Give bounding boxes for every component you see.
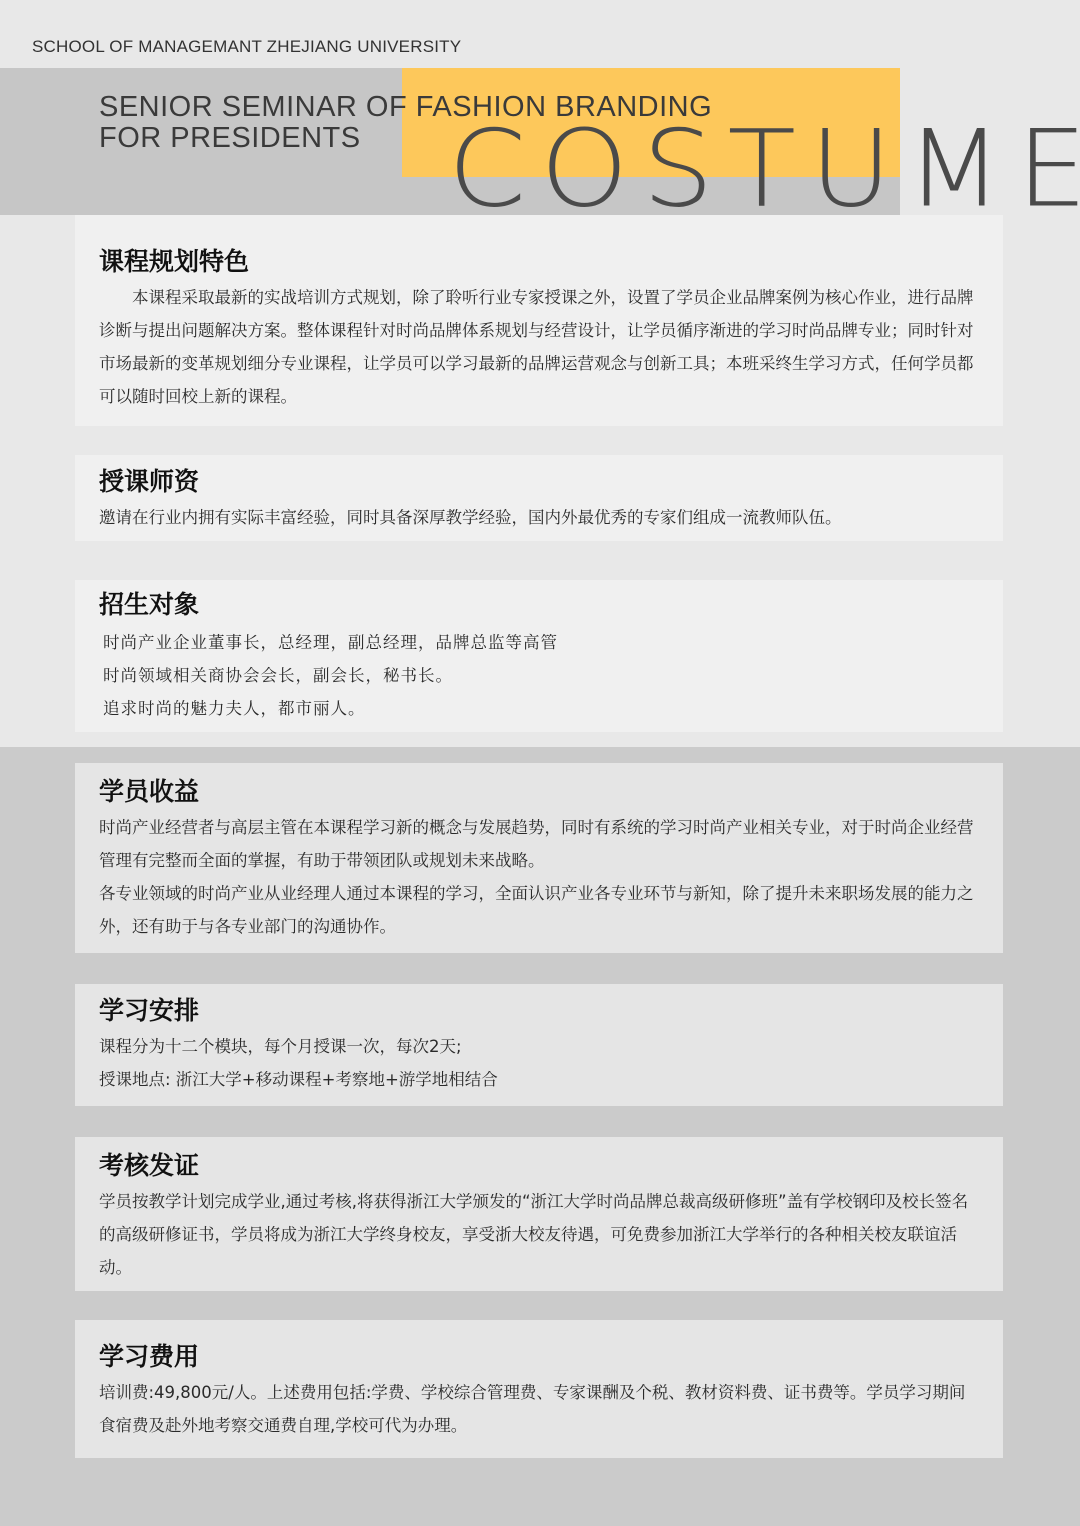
section-list-item: 时尚产业企业董事长，总经理，副总经理，品牌总监等高管 xyxy=(99,626,979,659)
costume-wordmark: COSTUME xyxy=(448,116,1080,222)
section-paragraph: 培训费:49,800元/人。上述费用包括:学费、学校综合管理费、专家课酬及个税、… xyxy=(99,1376,979,1442)
section-course-features: 课程规划特色 本课程采取最新的实战培训方式规划，除了聆听行业专家授课之外，设置了… xyxy=(75,215,1003,426)
section-title: 学习安排 xyxy=(99,996,979,1026)
section-certification: 考核发证 学员按教学计划完成学业,通过考核,将获得浙江大学颁发的“浙江大学时尚品… xyxy=(75,1137,1003,1291)
section-tuition: 学习费用 培训费:49,800元/人。上述费用包括:学费、学校综合管理费、专家课… xyxy=(75,1320,1003,1458)
section-title: 课程规划特色 xyxy=(99,247,979,277)
section-title: 学员收益 xyxy=(99,777,979,807)
section-paragraph: 本课程采取最新的实战培训方式规划，除了聆听行业专家授课之外，设置了学员企业品牌案… xyxy=(99,281,979,413)
school-name: SCHOOL OF MANAGEMANT ZHEJIANG UNIVERSITY xyxy=(32,37,461,57)
section-faculty: 授课师资 邀请在行业内拥有实际丰富经验，同时具备深厚教学经验，国内外最优秀的专家… xyxy=(75,455,1003,541)
section-title: 学习费用 xyxy=(99,1342,979,1372)
section-paragraph: 课程分为十二个模块，每个月授课一次，每次2天; xyxy=(99,1030,979,1063)
section-list-item: 时尚领域相关商协会会长，副会长，秘书长。 xyxy=(99,659,979,692)
section-title: 招生对象 xyxy=(99,590,979,620)
section-paragraph: 邀请在行业内拥有实际丰富经验，同时具备深厚教学经验，国内外最优秀的专家们组成一流… xyxy=(99,501,979,534)
section-paragraph: 学员按教学计划完成学业,通过考核,将获得浙江大学颁发的“浙江大学时尚品牌总裁高级… xyxy=(99,1185,979,1284)
section-study-schedule: 学习安排 课程分为十二个模块，每个月授课一次，每次2天; 授课地点: 浙江大学+… xyxy=(75,984,1003,1106)
section-target-students: 招生对象 时尚产业企业董事长，总经理，副总经理，品牌总监等高管 时尚领域相关商协… xyxy=(75,580,1003,732)
section-title: 考核发证 xyxy=(99,1151,979,1181)
section-paragraph: 各专业领域的时尚产业从业经理人通过本课程的学习，全面认识产业各专业环节与新知，除… xyxy=(99,877,979,943)
section-paragraph: 授课地点: 浙江大学+移动课程+考察地+游学地相结合 xyxy=(99,1063,979,1096)
section-title: 授课师资 xyxy=(99,467,979,497)
section-paragraph: 时尚产业经营者与高层主管在本课程学习新的概念与发展趋势，同时有系统的学习时尚产业… xyxy=(99,811,979,877)
section-list-item: 追求时尚的魅力夫人，都市丽人。 xyxy=(99,692,979,725)
section-student-benefits: 学员收益 时尚产业经营者与高层主管在本课程学习新的概念与发展趋势，同时有系统的学… xyxy=(75,763,1003,953)
